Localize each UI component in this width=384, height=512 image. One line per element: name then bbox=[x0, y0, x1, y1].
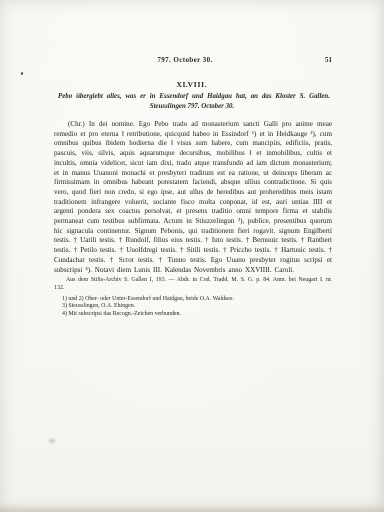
margin-speck bbox=[21, 72, 24, 75]
charter-dateline: Steusslingen 797. October 30. bbox=[0, 103, 384, 110]
footnote-4: 4) Mit subscripsi das Recogn.-Zeichen ve… bbox=[54, 311, 332, 318]
footnotes-block: 1) und 2) Ober- oder Unter-Essendorf und… bbox=[54, 296, 332, 318]
page-edge-shadow bbox=[0, 504, 384, 512]
charter-regest: Pebo übergiebt alles, was er in Essendor… bbox=[48, 92, 340, 102]
footnote-3: 3) Steusslingen, O.A. Ehingen. bbox=[54, 303, 332, 310]
charter-number-heading: XLVIII. bbox=[0, 80, 384, 89]
page-header: 797. October 30. 51 bbox=[54, 56, 344, 66]
page-number: 51 bbox=[325, 56, 332, 64]
running-head: 797. October 30. bbox=[54, 56, 316, 64]
page-smudge bbox=[49, 439, 55, 443]
scanned-book-page: 797. October 30. 51 XLVIII. Pebo übergie… bbox=[0, 0, 384, 512]
charter-body-text: (Chr.) In dei nomine. Ego Pebo trado ad … bbox=[54, 120, 332, 275]
source-note: Aus dem Stifts-Archiv S. Gallen I, 193. … bbox=[54, 277, 332, 292]
